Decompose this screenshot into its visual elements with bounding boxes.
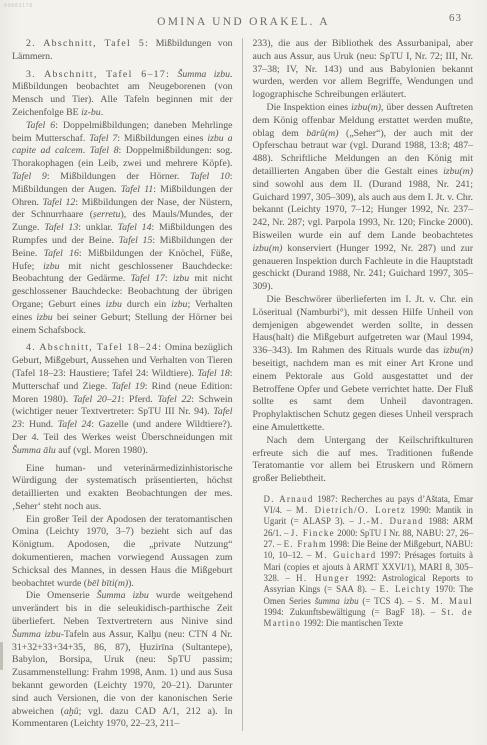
page-number: 63 — [449, 12, 462, 24]
column-right: 233), die aus der Bibliothek des Assurba… — [243, 38, 474, 731]
running-header: OMINA UND ORAKEL. A 63 — [0, 0, 487, 30]
page-title: OMINA UND ORAKEL. A — [157, 16, 330, 28]
bibliography: D. Arnaud 1987: Recherches au pays d’Ašt… — [253, 494, 474, 630]
paragraph-wuerdigung: Eine human- und veterinärmedizinhistoris… — [12, 463, 233, 514]
paragraph-kommentare-fortsetzung: 233), die aus der Bibliothek des Assurba… — [253, 38, 474, 102]
paragraph-nachleben: Nach dem Untergang der Keilschriftkultur… — [253, 435, 474, 486]
paragraph-tafel-6-17: Tafel 6: Doppelmißbildungen; daneben Meh… — [12, 120, 233, 338]
paragraph-inspektion: Die Inspektion eines izbu(m), über desse… — [253, 102, 474, 294]
scanned-page: 00063178 OMINA UND ORAKEL. A 63 2. Absch… — [0, 0, 487, 745]
paragraph-omenserie: Die Omenserie Šumma izbu wurde weitgehen… — [12, 590, 233, 731]
paragraph-abschnitt-2: 2. Abschnitt, Tafel 5: Mißbildungen von … — [12, 38, 233, 64]
paragraph-beschwoerer: Die Beschwörer überlieferten im I. Jt. v… — [253, 294, 474, 435]
text-body: 2. Abschnitt, Tafel 5: Mißbildungen von … — [0, 30, 487, 731]
paragraph-abschnitt-3: 3. Abschnitt, Tafel 6–17: Šumma izbu. Mi… — [12, 69, 233, 120]
paragraph-apodosen: Ein großer Teil der Apodosen der teratom… — [12, 514, 233, 591]
paragraph-abschnitt-4: 4. Abschnitt, Tafel 18–24: Omina bezügli… — [12, 342, 233, 457]
scan-artifact — [0, 642, 3, 670]
column-left: 2. Abschnitt, Tafel 5: Mißbildungen von … — [12, 38, 243, 731]
